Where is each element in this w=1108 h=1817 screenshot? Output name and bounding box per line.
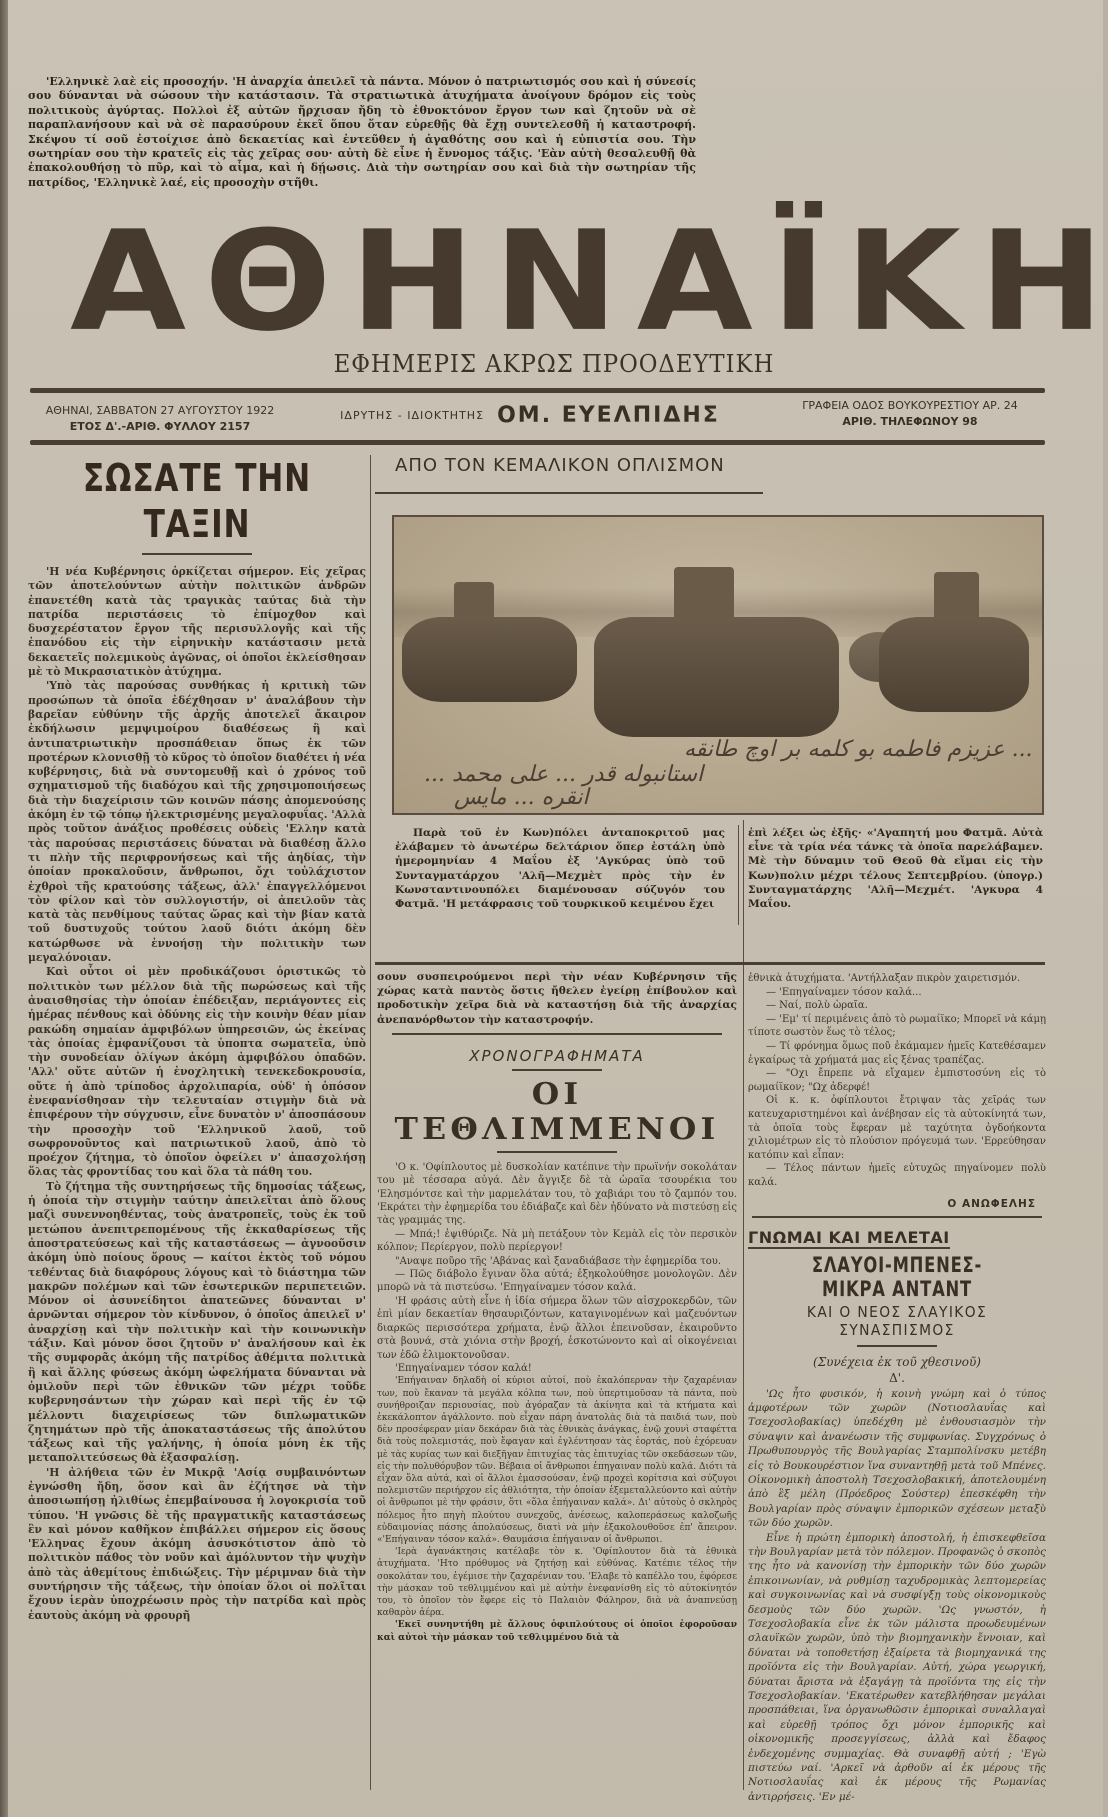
chronographimata-label: ΧΡΟΝΟΓΡΑΦΗΜΑΤΑ (377, 1047, 737, 1065)
dialogue-line: — Ναί, πολὺ ὡραῖα. (748, 999, 1046, 1013)
office-line: ΓΡΑΦΕΙΑ ΟΔΟΣ ΒΟΥΚΟΥΡΕΣΤΙΟΥ ΑΡ. 24 (770, 398, 1050, 414)
photo-caption-left: Παρὰ τοῦ ἐν Κων)πόλει ἀνταποκριτοῦ μας ἐ… (395, 826, 725, 911)
masthead-rule-bottom (30, 440, 1045, 445)
top-appeal-paragraph: 'Ελληνικὲ λαὲ εἰς προσοχήν. 'Η ἀναρχία ἀ… (28, 75, 696, 190)
story-paragraph: 'Επηγαίναμεν τόσον καλά! (377, 1362, 737, 1375)
tanks-photo: عزيزم فاطمه بو كلمه بر اوچ طانقه ... ...… (392, 515, 1044, 815)
gnomai-section-label: ΓΝΩΜΑΙ ΚΑΙ ΜΕΛΕΤΑΙ (748, 1228, 950, 1249)
handwritten-caption-line: عزيزم فاطمه بو كلمه بر اوچ طانقه ... (684, 737, 1033, 762)
ornament-rule (497, 1151, 617, 1153)
slavoi-headline: ΣΛΑΥΟΙ-ΜΠΕΝΕΣ-ΜΙΚΡΑ ΑΝΤΑΝΤ (781, 1253, 1013, 1301)
middle-continuation: σουν συσπειρούμενοι περὶ τὴν νέαν Κυβέρν… (377, 970, 737, 1027)
essay-paragraph: Εἶνε ἡ πρώτη ἐμπορικὴ ἀποστολή, ἡ ἐπισκε… (748, 1531, 1046, 1805)
photo-caption-right: ἐπὶ λέξει ὡς ἑξῆς· «'Αγαπητή μου Φατμᾶ. … (748, 826, 1043, 911)
continued-note: (Συνέχεια ἐκ τοῦ χθεσινοῦ) (748, 1355, 1046, 1369)
phone-line: ΑΡΙΘ. ΤΗΛΕΦΩΝΟΥ 98 (770, 414, 1050, 430)
dialogue-line: — 'Εμ' τί περιμένεις ἀπὸ τὸ ρωμαίϊκο; Μπ… (748, 1013, 1046, 1040)
dialogue-line: — "Οχι ἔπρεπε νὰ εἴχαμεν ἐμπιστοσύνη εἰς… (748, 1067, 1046, 1094)
story-paragraph: 'Ιερὰ ἀγανάκτησις κατέλαβε τὸν κ. 'Οφίπλ… (377, 1546, 737, 1619)
dialogue-line: — Τί φρόνημα ὅμως ποῦ ἐκάμαμεν ἡμεῖς Κατ… (748, 1040, 1046, 1067)
middle-column: σουν συσπειρούμενοι περὶ τὴν νέαν Κυβέρν… (377, 970, 737, 1644)
column-divider (743, 820, 744, 1790)
issue-line: ΕΤΟΣ Δ'.-ΑΡΙΘ. ΦΥΛΛΟΥ 2157 (30, 419, 290, 435)
part-marker: Δ'. (748, 1371, 1046, 1385)
left-article-paragraph: Τὸ ζήτημα τῆς συντηρήσεως τῆς δημοσίας τ… (28, 1180, 366, 1466)
masthead-subtitle: ΕΦΗΜΕΡΙΣ ΑΚΡΩΣ ΠΡΟΟΔΕΥΤΙΚΗ (28, 350, 1081, 378)
ornament-rule (392, 1033, 722, 1035)
dialogue-line: — Τέλος πάντων ἡμεῖς εὐτυχῶς πηγαίνομεν … (748, 1162, 1046, 1189)
ornament-rule (752, 1216, 1042, 1218)
headline-underline (142, 553, 252, 555)
essay-paragraph: 'Ως ἦτο φυσικόν, ἡ κοινὴ γνώμη καὶ ὁ τύπ… (748, 1387, 1046, 1531)
ornament-rule (512, 1069, 602, 1071)
story-paragraph: — Μπά;! ἐψιθύριζε. Νὰ μὴ πετάξουν τὸν Κε… (377, 1228, 737, 1255)
founder-label: ΙΔΡΥΤΗΣ - ΙΔΙΟΚΤΗΤΗΣ (340, 409, 484, 422)
left-article-paragraph: 'Η ἀλήθεια τῶν ἐν Μικρᾷ 'Ασίᾳ συμβαινόντ… (28, 1466, 366, 1623)
story-paragraph: 'Η φράσις αὐτὴ εἶνε ἡ ἰδία σήμερα ὅλων τ… (377, 1295, 737, 1362)
info-founder: ΙΔΡΥΤΗΣ - ΙΔΙΟΚΤΗΤΗΣ ΟΜ. ΕΥΕΛΠΙΔΗΣ (300, 403, 760, 428)
section-separator (375, 962, 1045, 965)
photo-article-headline: ΑΠΟ ΤΟΝ ΚΕΜΑΛΙΚΟΝ ΟΠΛΙΣΜΟΝ (395, 455, 725, 476)
left-article-headline: ΣΩΣΑΤΕ ΤΗΝ ΤΑΞΙΝ (58, 455, 335, 547)
founder-name: ΟΜ. ΕΥΕΛΠΙΔΗΣ (497, 403, 720, 428)
story-paragraph: — Πῶς διάβολο ἔγιναν ὅλα αὐτά; ἐξηκολούθ… (377, 1268, 737, 1295)
story-paragraph: "Αναψε ποῦρο τῆς 'Αβάνας καὶ ξαναδιάβασε… (377, 1255, 737, 1268)
right-column: ἐθνικὰ ἀτυχήματα. 'Αντήλλαξαν πικρὸν χαι… (748, 972, 1046, 1804)
photo-headline-underline (375, 492, 763, 494)
handwritten-caption-line: ... استانبوله قدر ... على محمد (424, 762, 703, 787)
handwritten-caption-line: انقره ... مايس (454, 785, 589, 810)
story-continuation: ἐθνικὰ ἀτυχήματα. 'Αντήλλαξαν πικρὸν χαι… (748, 972, 1046, 986)
story-paragraph: 'Ο κ. 'Οφίπλουτος μὲ δυσκολίαν κατέπινε … (377, 1161, 737, 1228)
author-signature: Ο ΑΝΩΦΕΛΗΣ (748, 1198, 1036, 1210)
caption-divider (738, 825, 739, 925)
tank-center (594, 617, 839, 737)
left-column-article: ΣΩΣΑΤΕ ΤΗΝ ΤΑΞΙΝ 'Η νέα Κυβέρνησις ὁρκίζ… (28, 455, 366, 1623)
info-office: ΓΡΑΦΕΙΑ ΟΔΟΣ ΒΟΥΚΟΥΡΕΣΤΙΟΥ ΑΡ. 24 ΑΡΙΘ. … (770, 398, 1050, 430)
left-article-paragraph: 'Υπὸ τὰς παρούσας συνθήκας ἡ κριτικὴ τῶν… (28, 679, 366, 965)
story-paragraph: 'Εκεῖ συνηντήθη μὲ ἄλλους ὀφιπλούτους οἱ… (377, 1619, 737, 1643)
left-article-paragraph: 'Η νέα Κυβέρνησις ὁρκίζεται σήμερον. Εἰς… (28, 565, 366, 679)
masthead-rule-top (30, 388, 1045, 393)
tethlimmenoi-headline: ΟΙ ΤΕΘΛΙΜΜΕΝΟΙ (368, 1077, 746, 1147)
tank-right (879, 617, 1029, 712)
ornament-rule (857, 1345, 937, 1347)
left-article-paragraph: Καὶ οὗτοι οἱ μὲν προδικάζουσι ὁριστικῶς … (28, 965, 366, 1179)
slavoi-subheadline: ΚΑΙ Ο ΝΕΟΣ ΣΛΑΥΙΚΟΣ ΣΥΝΑΣΠΙΣΜΟΣ (760, 1303, 1034, 1339)
masthead-title: ΑΘΗΝΑΪΚΗ (70, 218, 990, 347)
story-paragraph: Οἱ κ. κ. ὀφίπλουτοι ἔτριψαν τὰς χεῖράς τ… (748, 1094, 1046, 1162)
dialogue-line: — 'Επηγαίναμεν τόσον καλά... (748, 986, 1046, 1000)
date-line: ΑΘΗΝΑΙ, ΣΑΒΒΑΤΟΝ 27 ΑΥΓΟΥΣΤΟΥ 1922 (30, 403, 290, 419)
story-paragraph: 'Επήγαιναν δηλαδὴ οἱ κύριοι αὐτοί, ποὺ ἐ… (377, 1375, 737, 1546)
info-date-issue: ΑΘΗΝΑΙ, ΣΑΒΒΑΤΟΝ 27 ΑΥΓΟΥΣΤΟΥ 1922 ΕΤΟΣ … (30, 403, 290, 435)
tank-left (402, 617, 577, 702)
